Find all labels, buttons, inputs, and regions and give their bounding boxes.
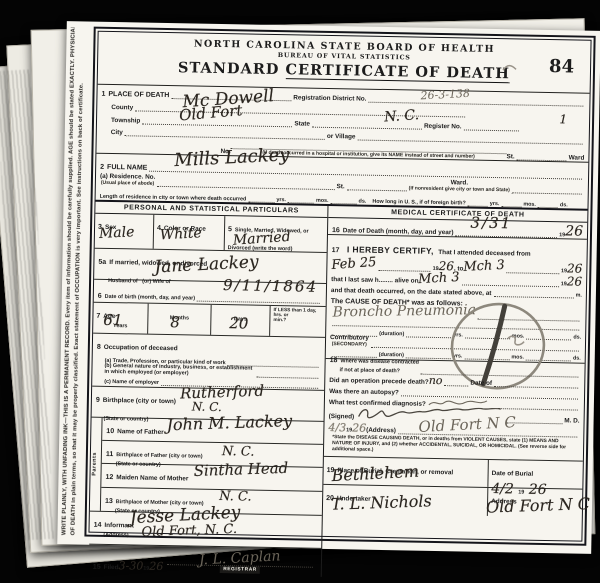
field-number: 18 xyxy=(330,357,338,364)
scanned-death-certificate: WRITE PLAINLY, WITH UNFADING INK—THIS IS… xyxy=(0,0,600,583)
state-value: N. C. xyxy=(384,108,420,124)
field-number: 5a xyxy=(98,259,106,266)
father-birthplace-label: Birthplace of Father (city or town) xyxy=(116,452,202,460)
cause-footnote: *State the DISEASE CAUSING DEATH, or in … xyxy=(328,433,579,460)
field-number: 12 xyxy=(105,474,113,481)
age-days-value: 20 xyxy=(229,316,248,331)
attended-to-year: 26 xyxy=(567,262,582,274)
dotted-line xyxy=(330,194,356,204)
parents-block: Parents 10Name of Father John M. Lackey … xyxy=(90,418,324,516)
field-number: 10 xyxy=(106,428,114,435)
last-saw-year: 26 xyxy=(567,275,582,287)
mother-birthplace-value: N. C. xyxy=(219,490,252,504)
dotted-line xyxy=(248,193,274,203)
field-number: 1 xyxy=(101,91,105,98)
undertaker-value: T. L. Nichols xyxy=(331,493,432,512)
row-informant: 14Informant (Address) Jesse Lackey Old F… xyxy=(89,512,322,549)
dob-label: Date of birth (month, day, and year) xyxy=(105,294,195,302)
undertaker-address-value: Old Fort N C xyxy=(486,496,590,516)
dotted-line xyxy=(526,351,571,362)
signed-year-value: 26 xyxy=(352,422,366,433)
form-header: NORTH CAROLINA STATE BOARD OF HEALTH BUR… xyxy=(98,32,591,93)
field-number: 2 xyxy=(100,164,104,171)
father-name-value: John M. Lackey xyxy=(166,413,292,433)
row-sex-race-marital: 3Sex Male 4Color or Race White 5Single, … xyxy=(95,214,328,253)
informant-address-value: Old Fort, N. C. xyxy=(141,523,237,539)
registration-district-value: 26-3-138 xyxy=(420,88,470,102)
field-number: 11 xyxy=(106,451,114,458)
age-months-value: 8 xyxy=(170,315,180,330)
certificate-form: NORTH CAROLINA STATE BOARD OF HEALTH BUR… xyxy=(88,31,591,542)
address-label: (Address) xyxy=(366,427,396,435)
mother-name-label: Maiden Name of Mother xyxy=(116,474,188,482)
section-full-name: 2 FULL NAME Mills Lackey (a) Residence. … xyxy=(96,153,589,209)
parents-label: Parents xyxy=(92,452,98,476)
section-18-block: 18Where was disease contracted if not at… xyxy=(324,359,585,462)
burial-date-label: Date of Burial xyxy=(492,470,534,478)
yrs-label: yrs. xyxy=(276,197,286,203)
certificate-title-underlined: CERTIFICATE OF DEATH xyxy=(285,61,510,83)
birthplace-label: Birthplace (city or town) xyxy=(103,397,176,405)
date-of-death-value: 3/31 xyxy=(470,216,512,232)
filed-date-value: 3-30 xyxy=(118,560,143,571)
residence-label-block: (a) Residence. No. (Usual place of abode… xyxy=(100,173,156,187)
registrar-signature: J. L. Caplan xyxy=(199,549,281,567)
certify-bold-label: I HEREBY CERTIFY, xyxy=(347,244,434,256)
row-filed: 15 Filed 3-30 19 26 J. L. Caplan REGISTR… xyxy=(89,545,321,577)
operation-value: no xyxy=(429,375,443,386)
mos-label: mos. xyxy=(511,354,524,360)
occupation-c-label: (c) Name of employer xyxy=(104,379,159,386)
marital-value: Married xyxy=(232,230,291,248)
mos-label: mos. xyxy=(316,198,329,204)
margin-instructions: WRITE PLAINLY, WITH UNFADING INK—THIS IS… xyxy=(60,27,86,535)
mother-name-value: Sintha Head xyxy=(193,461,288,479)
mos-label: mos. xyxy=(523,202,536,208)
field-number: 7 xyxy=(96,313,100,320)
row-occupation: 8Occupation of deceased (a) Trade, Profe… xyxy=(92,334,325,391)
filed-year-value: 26 xyxy=(149,561,163,572)
ds-label: ds. xyxy=(573,355,581,361)
age-years-value: 61 xyxy=(103,313,122,328)
row-undertaker: 20Undertaker T. L. Nichols Address Old F… xyxy=(323,485,582,518)
field-number: 13 xyxy=(105,498,113,505)
personal-particulars-column: PERSONAL AND STATISTICAL PARTICULARS 3Se… xyxy=(89,202,329,577)
dotted-line xyxy=(501,197,521,207)
dob-value: 9/11/1864 xyxy=(223,278,318,295)
father-name-label: Name of Father xyxy=(117,428,164,436)
father-birthplace-value: N. C. xyxy=(222,445,255,459)
section-place-of-death: 1 PLACE OF DEATH Registration District N… xyxy=(96,84,589,162)
medical-certificate-column: MEDICAL CERTIFICATE OF DEATH 16 Date of … xyxy=(322,206,588,582)
signed-date-value: 4/3 xyxy=(328,422,346,433)
sex-value: Male xyxy=(99,225,135,241)
dotted-line xyxy=(444,376,468,386)
filed-label: Filed xyxy=(104,564,119,571)
birthplace-state-value: N. C. xyxy=(192,401,222,414)
yrs-label: yrs. xyxy=(490,201,500,207)
where-contracted-block: 18Where was disease contracted if not at… xyxy=(329,349,419,375)
certificate-title-standard: STANDARD xyxy=(178,59,280,78)
certify-block: 17 I HEREBY CERTIFY, That I attended dec… xyxy=(326,235,587,364)
death-certificate-sheet: WRITE PLAINLY, WITH UNFADING INK—THIS IS… xyxy=(57,21,600,554)
registrar-block: J. L. Caplan REGISTRAR xyxy=(163,550,317,575)
columns: PERSONAL AND STATISTICAL PARTICULARS 3Se… xyxy=(89,200,588,582)
registrar-label: REGISTRAR xyxy=(220,566,260,574)
dotted-line xyxy=(464,349,509,360)
register-no-value: 1 xyxy=(559,113,567,125)
field-number: 16 xyxy=(332,227,340,234)
field-number: 14 xyxy=(94,522,102,529)
contributory-block: Contributory (SECONDARY) xyxy=(330,334,369,348)
certify-rest-label: That I attended deceased from xyxy=(438,249,530,258)
certificate-form-border: NORTH CAROLINA STATE BOARD OF HEALTH BUR… xyxy=(84,27,595,546)
burial-place-value: Bethlehem xyxy=(331,464,419,484)
certificate-number: 84 xyxy=(549,56,574,77)
yrs-label: yrs. xyxy=(453,353,463,359)
field-number: 9 xyxy=(96,397,100,404)
dotted-line xyxy=(288,193,314,203)
race-value: White xyxy=(160,226,202,242)
parents-rows: 10Name of Father John M. Lackey 11Birthp… xyxy=(101,418,324,515)
spouse-value: Jane Lackey xyxy=(154,254,259,276)
ds-label: ds. xyxy=(358,199,366,205)
row-age: 7Age Years 61 Months 8 Days 20 xyxy=(93,303,326,338)
min-label: min.? xyxy=(273,318,286,323)
where-contracted-label: Where was disease contracted xyxy=(340,358,419,365)
field-number: 15 xyxy=(93,564,101,571)
dotted-line xyxy=(538,198,558,208)
ds-label: ds. xyxy=(560,202,568,208)
pencil-check-mark xyxy=(502,63,518,72)
dotted-line xyxy=(468,197,488,207)
field-number: 17 xyxy=(332,247,340,254)
date-of-death-year: 26 xyxy=(565,224,583,238)
occupation-label: Occupation of deceased xyxy=(104,344,178,352)
field-number: 8 xyxy=(97,344,101,351)
field-number: 6 xyxy=(98,293,102,300)
